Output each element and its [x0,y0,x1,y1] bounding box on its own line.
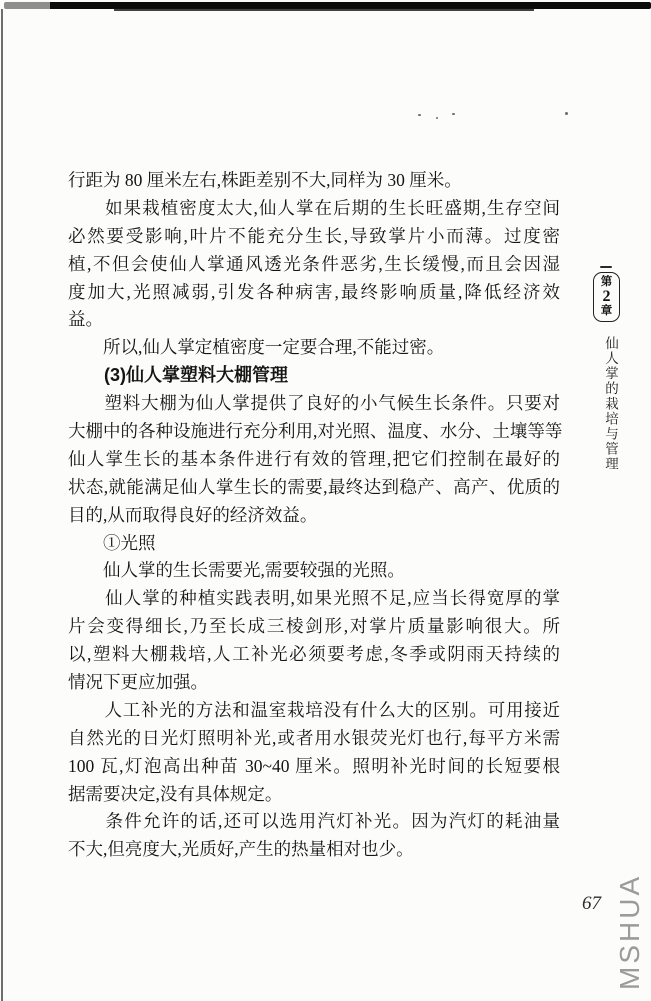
text-line: 益。 [68,306,560,334]
text-line: 100 瓦,灯泡高出种苗 30~40 厘米。照明补光时间的长短要根 [68,753,560,781]
text-line: 状态,就能满足仙人掌生长的需要,最终达到稳产、高产、优质的 [68,474,560,502]
section-heading: (3)仙人掌塑料大棚管理 [68,362,560,390]
scan-artifact-left-edge-line [1,9,3,1001]
text-line: 塑料大棚为仙人掌提供了良好的小气候生长条件。只要对 [68,390,560,418]
text-line: 植,不但会使仙人掌通风透光条件恶劣,生长缓慢,而且会因湿 [68,251,560,279]
chapter-box-tick [600,266,612,268]
chapter-label-bottom: 章 [601,305,613,318]
text-line: 必然要受影响,叶片不能充分生长,导致掌片小而薄。过度密 [68,223,560,251]
text-line: 条件允许的话,还可以选用汽灯补光。因为汽灯的耗油量 [68,808,560,836]
text-line: 自然光的日光灯照明补光,或者用水银荧光灯也行,每平方米需 [68,725,560,753]
text-line: 不大,但亮度大,光质好,产生的热量相对也少。 [68,836,560,864]
text-line: 度加大,光照减弱,引发各种病害,最终影响质量,降低经济效 [68,279,560,307]
chapter-title-vertical: 仙人掌的栽培与管理 [600,336,620,476]
scan-speck [418,114,421,116]
text-line: 片会变得细长,乃至长成三棱剑形,对掌片质量影响很大。所 [68,613,560,641]
scanned-book-page: 行距为 80 厘米左右,株距差别不大,同样为 30 厘米。 如果栽植密度太大,仙… [0,0,651,1001]
page-number: 67 [582,893,601,915]
text-line: 据需要决定,没有具体规定。 [68,781,560,809]
text-line: 人工补光的方法和温室栽培没有什么大的区别。可用接近 [68,697,560,725]
watermark: MSHUA [614,874,646,990]
chapter-number: 2 [603,289,611,305]
chapter-number-box: 第 2 章 [593,272,620,322]
text-line: 仙人掌的种植实践表明,如果光照不足,应当长得宽厚的掌 [68,585,560,613]
scan-speck [452,113,455,115]
scan-speck [436,117,438,119]
text-line: 行距为 80 厘米左右,株距差别不大,同样为 30 厘米。 [68,167,560,195]
scan-artifact-top-bar [4,2,651,9]
text-line: 仙人掌生长的基本条件进行有效的管理,把它们控制在最好的 [68,446,560,474]
text-line: 以,塑料大棚栽培,人工补光必须要考虑,冬季或阴雨天持续的 [68,641,560,669]
subsection-heading: ①光照 [68,530,560,558]
body-text-block: 行距为 80 厘米左右,株距差别不大,同样为 30 厘米。 如果栽植密度太大,仙… [68,167,560,864]
text-line: 所以,仙人掌定植密度一定要合理,不能过密。 [68,334,560,362]
text-line: 如果栽植密度太大,仙人掌在后期的生长旺盛期,生存空间 [68,195,560,223]
text-line: 目的,从而取得良好的经济效益。 [68,502,560,530]
scan-speck [565,112,568,115]
text-line: 大棚中的各种设施进行充分利用,对光照、温度、水分、土壤等等 [68,418,560,446]
text-line: 仙人掌的生长需要光,需要较强的光照。 [68,557,560,585]
text-line: 情况下更应加强。 [68,669,560,697]
